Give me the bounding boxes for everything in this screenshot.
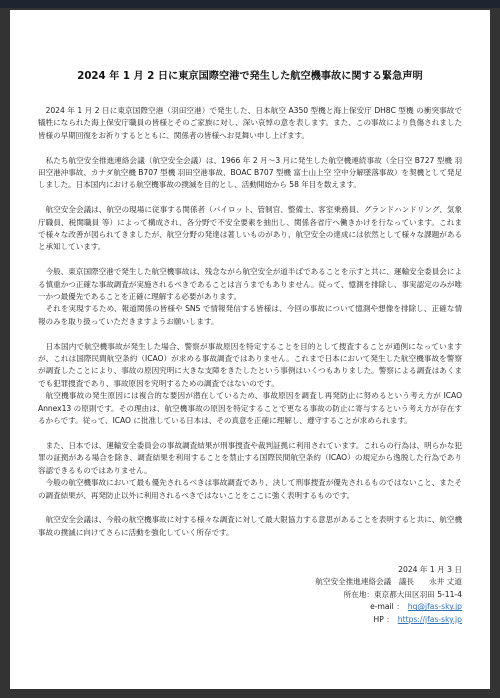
paragraph: 今般の航空機事故において最も優先されるべきは事故調査であり、決して刑事捜査が優先… bbox=[38, 477, 462, 502]
signature-hp-row: HP ：https://jfas-sky.jp bbox=[315, 614, 462, 626]
signature-address: 所在地：東京都大田区羽田 5-11-4 bbox=[315, 589, 462, 601]
signature-email-row: e-mail ：hq@jfas-sky.jp bbox=[315, 601, 462, 613]
signature-date: 2024 年 1 月 3 日 bbox=[315, 564, 462, 576]
paragraph: 航空機事故の発生原因には複合的な要因が潜在しているため、事故原因を調査し再発防止… bbox=[38, 390, 462, 427]
signature-block: 2024 年 1 月 3 日 航空安全推進連絡会議 議長 永井 丈道 所在地：東… bbox=[315, 564, 462, 626]
homepage-link[interactable]: https://jfas-sky.jp bbox=[398, 615, 462, 624]
paragraph: 私たち航空安全推進連絡会議（航空安全会議）は、1966 年 2 月～3 月に発生… bbox=[38, 155, 462, 192]
paragraph: また、日本では、運輸安全委員会の事故調査結果が刑事捜査や裁判証拠に利用されていま… bbox=[38, 440, 462, 477]
hp-label: HP ： bbox=[374, 615, 394, 624]
document-title: 2024 年 1 月 2 日に東京国際空港で発生した航空機事故に関する緊急声明 bbox=[10, 67, 490, 82]
paragraph: 日本国内で航空機事故が発生した場合、警察が事故原因を特定することを目的として捜査… bbox=[38, 341, 462, 391]
paragraph: 今般、東京国際空港で発生した航空機事故は、残念ながら航空安全が道半ばであることを… bbox=[38, 266, 462, 303]
document-page: 2024 年 1 月 2 日に東京国際空港で発生した航空機事故に関する緊急声明 … bbox=[10, 10, 490, 689]
email-link[interactable]: hq@jfas-sky.jp bbox=[408, 602, 462, 611]
paragraph: 航空安全会議は、今般の航空機事故に対する様々な調査に対して最大限協力する意思があ… bbox=[38, 514, 462, 539]
paragraph: 2024 年 1 月 2 日に東京国際空港（羽田空港）で発生した、日本航空 A3… bbox=[38, 105, 462, 142]
signature-organization: 航空安全推進連絡会議 議長 永井 丈道 bbox=[315, 576, 462, 588]
document-body: 2024 年 1 月 2 日に東京国際空港（羽田空港）で発生した、日本航空 A3… bbox=[38, 105, 462, 539]
paragraph: 航空安全会議は、航空の現場に従事する関係者（パイロット、管制官、整備士、客室乗務… bbox=[38, 204, 462, 254]
paragraph: それを実現するため、報道関係の皆様や SNS で情報発信する皆様は、今回の事故に… bbox=[38, 303, 462, 328]
viewer-toolbar bbox=[0, 0, 500, 8]
email-label: e-mail ： bbox=[370, 602, 404, 611]
